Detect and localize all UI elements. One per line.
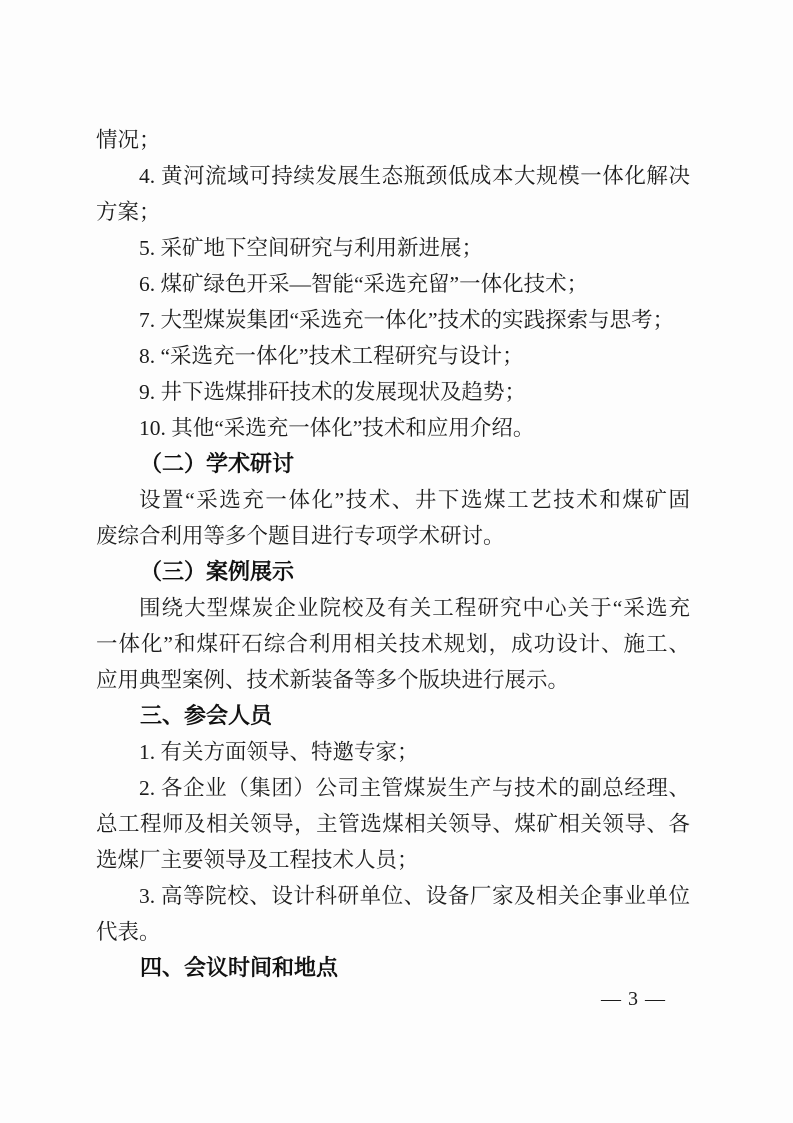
text-line: 5. 采矿地下空间研究与利用新进展； [96, 230, 690, 266]
text-line: 3. 高等院校、设计科研单位、设备厂家及相关企事业单位 [96, 878, 690, 914]
text-line: 设置“采选充一体化”技术、井下选煤工艺技术和煤矿固 [96, 482, 690, 518]
section-heading: （二）学术研讨 [96, 446, 690, 482]
text-line: 2. 各企业（集团）公司主管煤炭生产与技术的副总经理、 [96, 770, 690, 806]
text-line: 代表。 [96, 914, 690, 950]
document-body: 情况； 4. 黄河流域可持续发展生态瓶颈低成本大规模一体化解决 方案； 5. 采… [96, 122, 690, 986]
text-line: 9. 井下选煤排矸技术的发展现状及趋势； [96, 374, 690, 410]
text-line: 一体化”和煤矸石综合利用相关技术规划，成功设计、施工、 [96, 626, 690, 662]
text-line: 总工程师及相关领导，主管选煤相关领导、煤矿相关领导、各 [96, 806, 690, 842]
text-line: 方案； [96, 194, 690, 230]
text-line: 选煤厂主要领导及工程技术人员； [96, 842, 690, 878]
text-line: 应用典型案例、技术新装备等多个版块进行展示。 [96, 662, 690, 698]
text-line: 4. 黄河流域可持续发展生态瓶颈低成本大规模一体化解决 [96, 158, 690, 194]
section-heading: （三）案例展示 [96, 554, 690, 590]
text-line: 8. “采选充一体化”技术工程研究与设计； [96, 338, 690, 374]
text-line: 围绕大型煤炭企业院校及有关工程研究中心关于“采选充 [96, 590, 690, 626]
text-line: 情况； [96, 122, 690, 158]
section-heading: 四、会议时间和地点 [96, 950, 690, 986]
document-page: 情况； 4. 黄河流域可持续发展生态瓶颈低成本大规模一体化解决 方案； 5. 采… [0, 0, 793, 1123]
text-line: 7. 大型煤炭集团“采选充一体化”技术的实践探索与思考； [96, 302, 690, 338]
text-line: 废综合利用等多个题目进行专项学术研讨。 [96, 518, 690, 554]
text-line: 1. 有关方面领导、特邀专家； [96, 734, 690, 770]
section-heading: 三、参会人员 [96, 698, 690, 734]
text-line: 6. 煤矿绿色开采—智能“采选充留”一体化技术； [96, 266, 690, 302]
text-line: 10. 其他“采选充一体化”技术和应用介绍。 [96, 410, 690, 446]
page-number: — 3 — [601, 986, 691, 1012]
